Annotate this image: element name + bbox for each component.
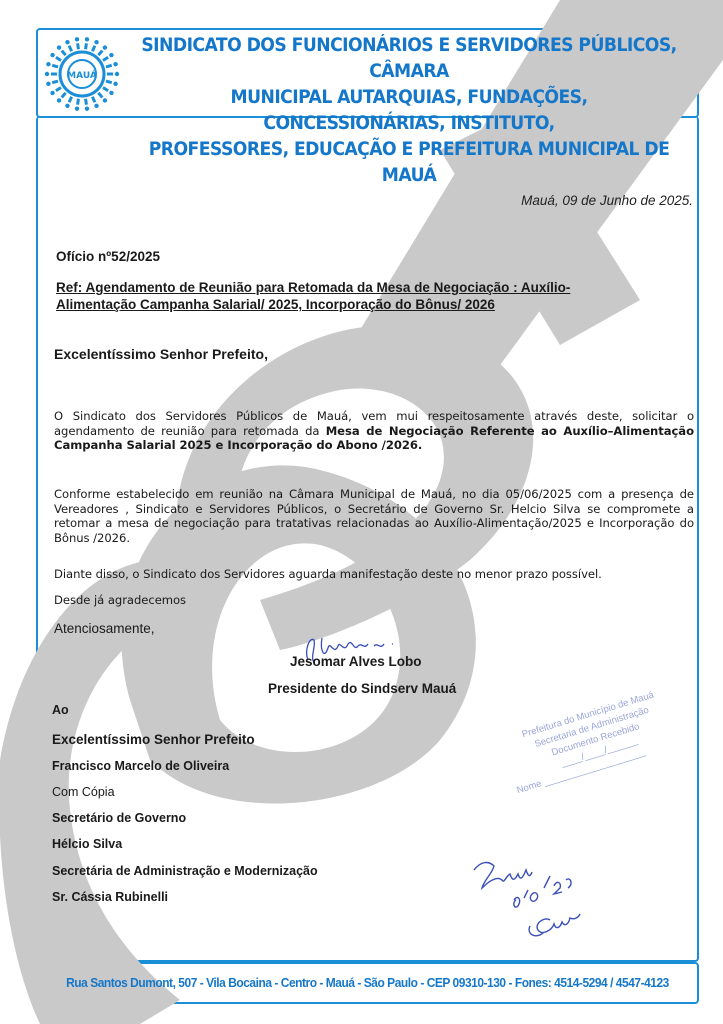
addressee-line: Com Cópia — [52, 785, 115, 799]
reference-subject: Ref: Agendamento de Reunião para Retomad… — [56, 279, 656, 313]
footer-address: Rua Santos Dumont, 507 - Vila Bocaina - … — [63, 975, 673, 990]
union-logo-icon: MAUÁ — [42, 34, 122, 114]
svg-text:MAUÁ: MAUÁ — [67, 69, 97, 81]
closing: Atenciosamente, — [54, 621, 155, 636]
heading-line-3: PROFESSORES, EDUCAÇÃO E PREFEITURA MUNIC… — [140, 137, 678, 189]
addressee-line: Ao — [52, 703, 69, 717]
paragraph-awaiting: Diante disso, o Sindicato dos Servidores… — [54, 567, 602, 582]
addressee-line: Excelentíssimo Senhor Prefeito — [52, 732, 255, 747]
salutation: Excelentíssimo Senhor Prefeito, — [54, 346, 268, 362]
letter-date: Mauá, 09 de Junho de 2025. — [521, 193, 693, 208]
handwritten-receipt — [470, 840, 630, 950]
ref-line-2: Alimentação Campanha Salarial/ 2025, Inc… — [56, 296, 656, 313]
paragraph-thanks: Desde já agradecemos — [54, 593, 186, 608]
ref-line-1: Ref: Agendamento de Reunião para Retomad… — [56, 279, 656, 296]
heading-line-1: SINDICATO DOS FUNCIONÁRIOS E SERVIDORES … — [140, 33, 678, 85]
union-name-heading: SINDICATO DOS FUNCIONÁRIOS E SERVIDORES … — [140, 33, 678, 189]
addressee-line: Sr. Cássia Rubinelli — [52, 890, 168, 904]
addressee-line: Francisco Marcelo de Oliveira — [52, 759, 229, 773]
addressee-line: Secretária de Administração e Modernizaç… — [52, 864, 318, 878]
addressee-line: Hélcio Silva — [52, 837, 122, 851]
paragraph-request: O Sindicato dos Servidores Públicos de M… — [54, 409, 694, 453]
oficio-number: Ofício nº52/2025 — [56, 249, 160, 264]
heading-line-2: MUNICIPAL AUTARQUIAS, FUNDAÇÕES, CONCESS… — [140, 85, 678, 137]
signer-name: Jesomar Alves Lobo — [290, 654, 422, 669]
addressee-line: Secretário de Governo — [52, 811, 186, 825]
paragraph-context: Conforme estabelecido em reunião na Câma… — [54, 487, 694, 545]
signer-title: Presidente do Sindserv Mauá — [268, 681, 456, 696]
